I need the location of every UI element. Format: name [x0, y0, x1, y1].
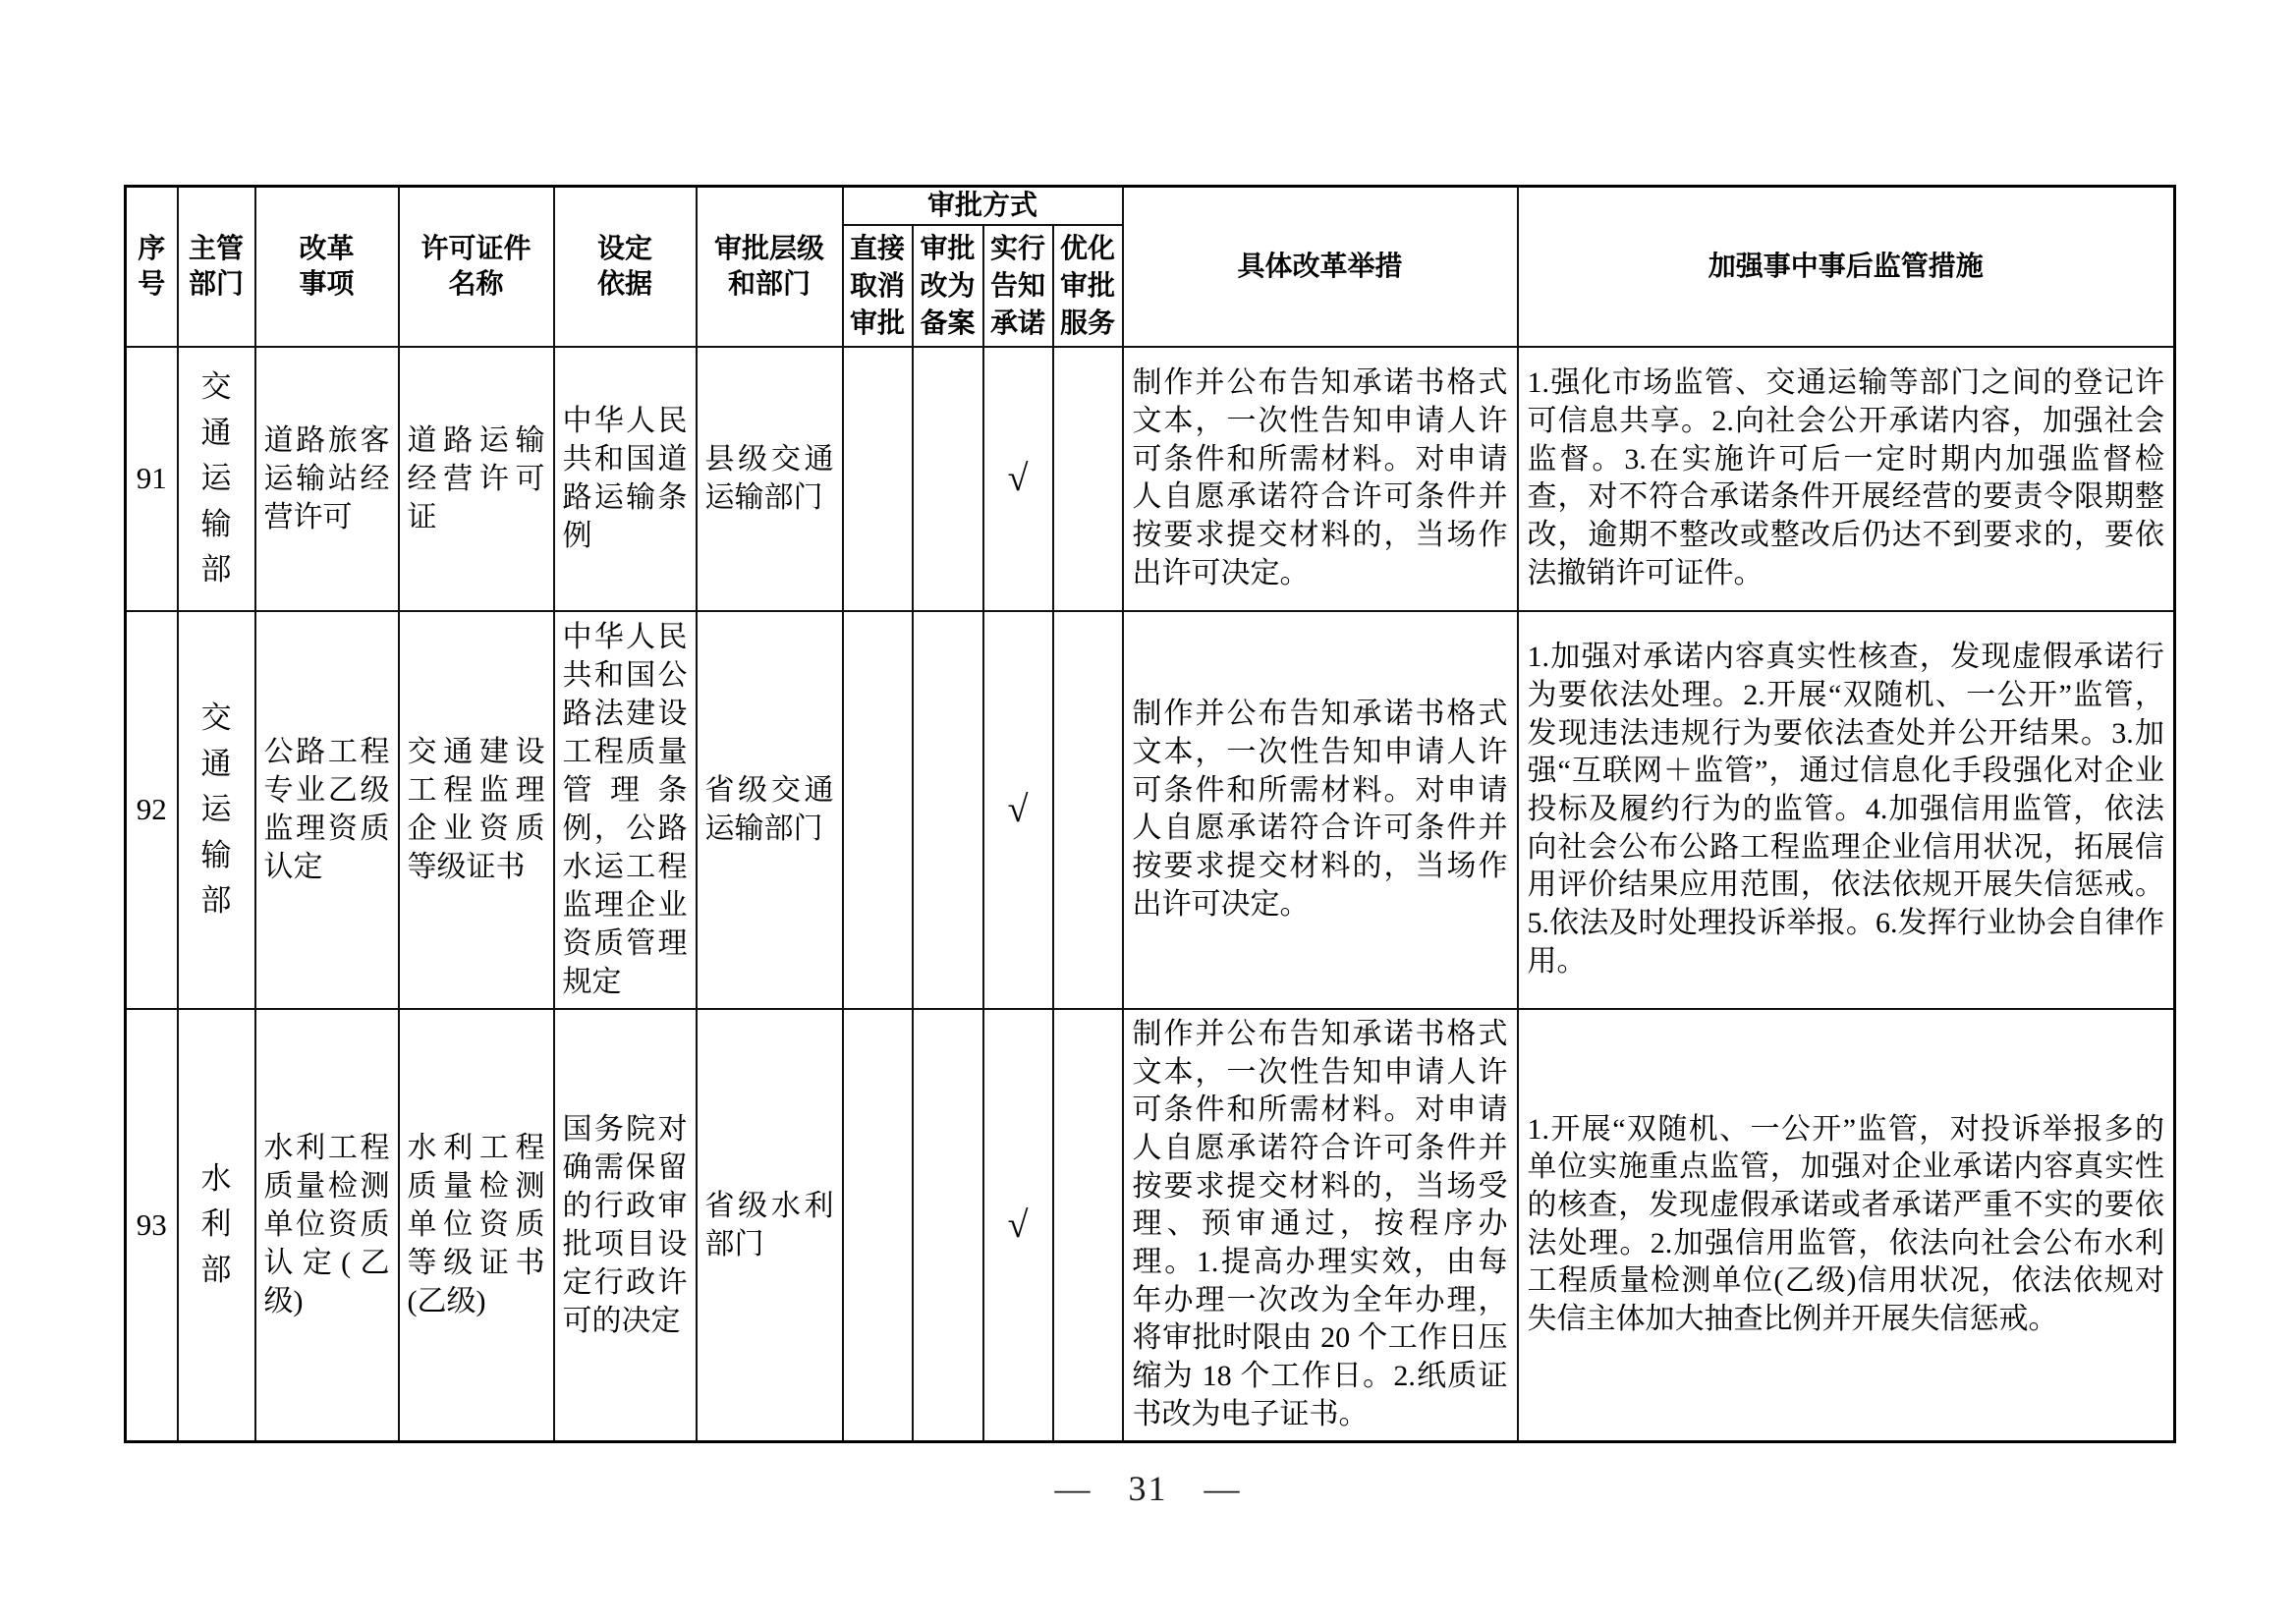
- cell-license-name: 水利工程质量检测单位资质等级证书(乙级): [399, 1009, 554, 1441]
- table-row-93: 93 水利部 水利工程质量检测单位资质认定(乙级) 水利工程质量检测单位资质等级…: [126, 1009, 2175, 1441]
- cell-method-cancel: [843, 611, 913, 1009]
- cell-serial: 91: [126, 347, 178, 611]
- cell-approval-level: 省级交通运输部门: [697, 611, 843, 1009]
- header-method-filing: 审批 改为 备案: [913, 225, 983, 347]
- cell-method-commitment-checkmark: √: [983, 1009, 1053, 1441]
- header-department: 主管 部门: [178, 187, 255, 347]
- cell-reform-measures: 制作并公布告知承诺书格式文本，一次性告知申请人许可条件和所需材料。对申请人自愿承…: [1123, 1009, 1518, 1441]
- cell-legal-basis: 中华人民共和国道路运输条例: [554, 347, 697, 611]
- cell-serial: 93: [126, 1009, 178, 1441]
- cell-legal-basis: 中华人民共和国公路法建设工程质量管理条例，公路水运工程监理企业资质管理规定: [554, 611, 697, 1009]
- cell-reform-item: 水利工程质量检测单位资质认定(乙级): [255, 1009, 399, 1441]
- cell-license-name: 交通建设工程监理企业资质等级证书: [399, 611, 554, 1009]
- cell-approval-level: 省级水利部门: [697, 1009, 843, 1441]
- cell-method-filing: [913, 347, 983, 611]
- table-row-92: 92 交通运输部 公路工程专业乙级监理资质认定 交通建设工程监理企业资质等级证书…: [126, 611, 2175, 1009]
- cell-method-filing: [913, 1009, 983, 1441]
- cell-method-commitment-checkmark: √: [983, 611, 1053, 1009]
- cell-department: 水利部: [178, 1009, 255, 1441]
- cell-reform-measures: 制作并公布告知承诺书格式文本，一次性告知申请人许可条件和所需材料。对申请人自愿承…: [1123, 611, 1518, 1009]
- cell-reform-item: 道路旅客运输站经营许可: [255, 347, 399, 611]
- cell-serial: 92: [126, 611, 178, 1009]
- approval-reform-table: 序 号 主管 部门 改革 事项 许可证件 名称 设定 依据 审批层级 和部门 审…: [124, 185, 2176, 1443]
- header-approval-level: 审批层级 和部门: [697, 187, 843, 347]
- cell-method-cancel: [843, 1009, 913, 1441]
- cell-supervision-measures: 1.强化市场监管、交通运输等部门之间的登记许可信息共享。2.向社会公开承诺内容，…: [1518, 347, 2175, 611]
- cell-department: 交通运输部: [178, 611, 255, 1009]
- cell-supervision-measures: 1.开展“双随机、一公开”监管，对投诉举报多的单位实施重点监管，加强对企业承诺内…: [1518, 1009, 2175, 1441]
- cell-method-filing: [913, 611, 983, 1009]
- cell-method-cancel: [843, 347, 913, 611]
- header-approval-method: 审批方式: [843, 187, 1123, 225]
- header-legal-basis: 设定 依据: [554, 187, 697, 347]
- document-page: { "page": { "number": "31", "number_disp…: [0, 0, 2296, 1624]
- header-serial: 序 号: [126, 187, 178, 347]
- header-reform-measures: 具体改革举措: [1123, 187, 1518, 347]
- table-row-91: 91 交通运输部 道路旅客运输站经营许可 道路运输经营许可证 中华人民共和国道路…: [126, 347, 2175, 611]
- cell-license-name: 道路运输经营许可证: [399, 347, 554, 611]
- header-supervision-measures: 加强事中事后监管措施: [1518, 187, 2175, 347]
- header-method-cancel: 直接 取消 审批: [843, 225, 913, 347]
- header-reform-item: 改革 事项: [255, 187, 399, 347]
- cell-department: 交通运输部: [178, 347, 255, 611]
- cell-method-optimize: [1053, 611, 1123, 1009]
- page-number: — 31 —: [0, 1468, 2296, 1509]
- cell-supervision-measures: 1.加强对承诺内容真实性核查，发现虚假承诺行为要依法处理。2.开展“双随机、一公…: [1518, 611, 2175, 1009]
- cell-method-commitment-checkmark: √: [983, 347, 1053, 611]
- cell-method-optimize: [1053, 347, 1123, 611]
- header-row-top: 序 号 主管 部门 改革 事项 许可证件 名称 设定 依据 审批层级 和部门 审…: [126, 187, 2175, 225]
- header-license-name: 许可证件 名称: [399, 187, 554, 347]
- cell-reform-measures: 制作并公布告知承诺书格式文本，一次性告知申请人许可条件和所需材料。对申请人自愿承…: [1123, 347, 1518, 611]
- cell-method-optimize: [1053, 1009, 1123, 1441]
- header-method-commitment: 实行 告知 承诺: [983, 225, 1053, 347]
- cell-legal-basis: 国务院对确需保留的行政审批项目设定行政许可的决定: [554, 1009, 697, 1441]
- cell-reform-item: 公路工程专业乙级监理资质认定: [255, 611, 399, 1009]
- cell-approval-level: 县级交通运输部门: [697, 347, 843, 611]
- header-method-optimize: 优化 审批 服务: [1053, 225, 1123, 347]
